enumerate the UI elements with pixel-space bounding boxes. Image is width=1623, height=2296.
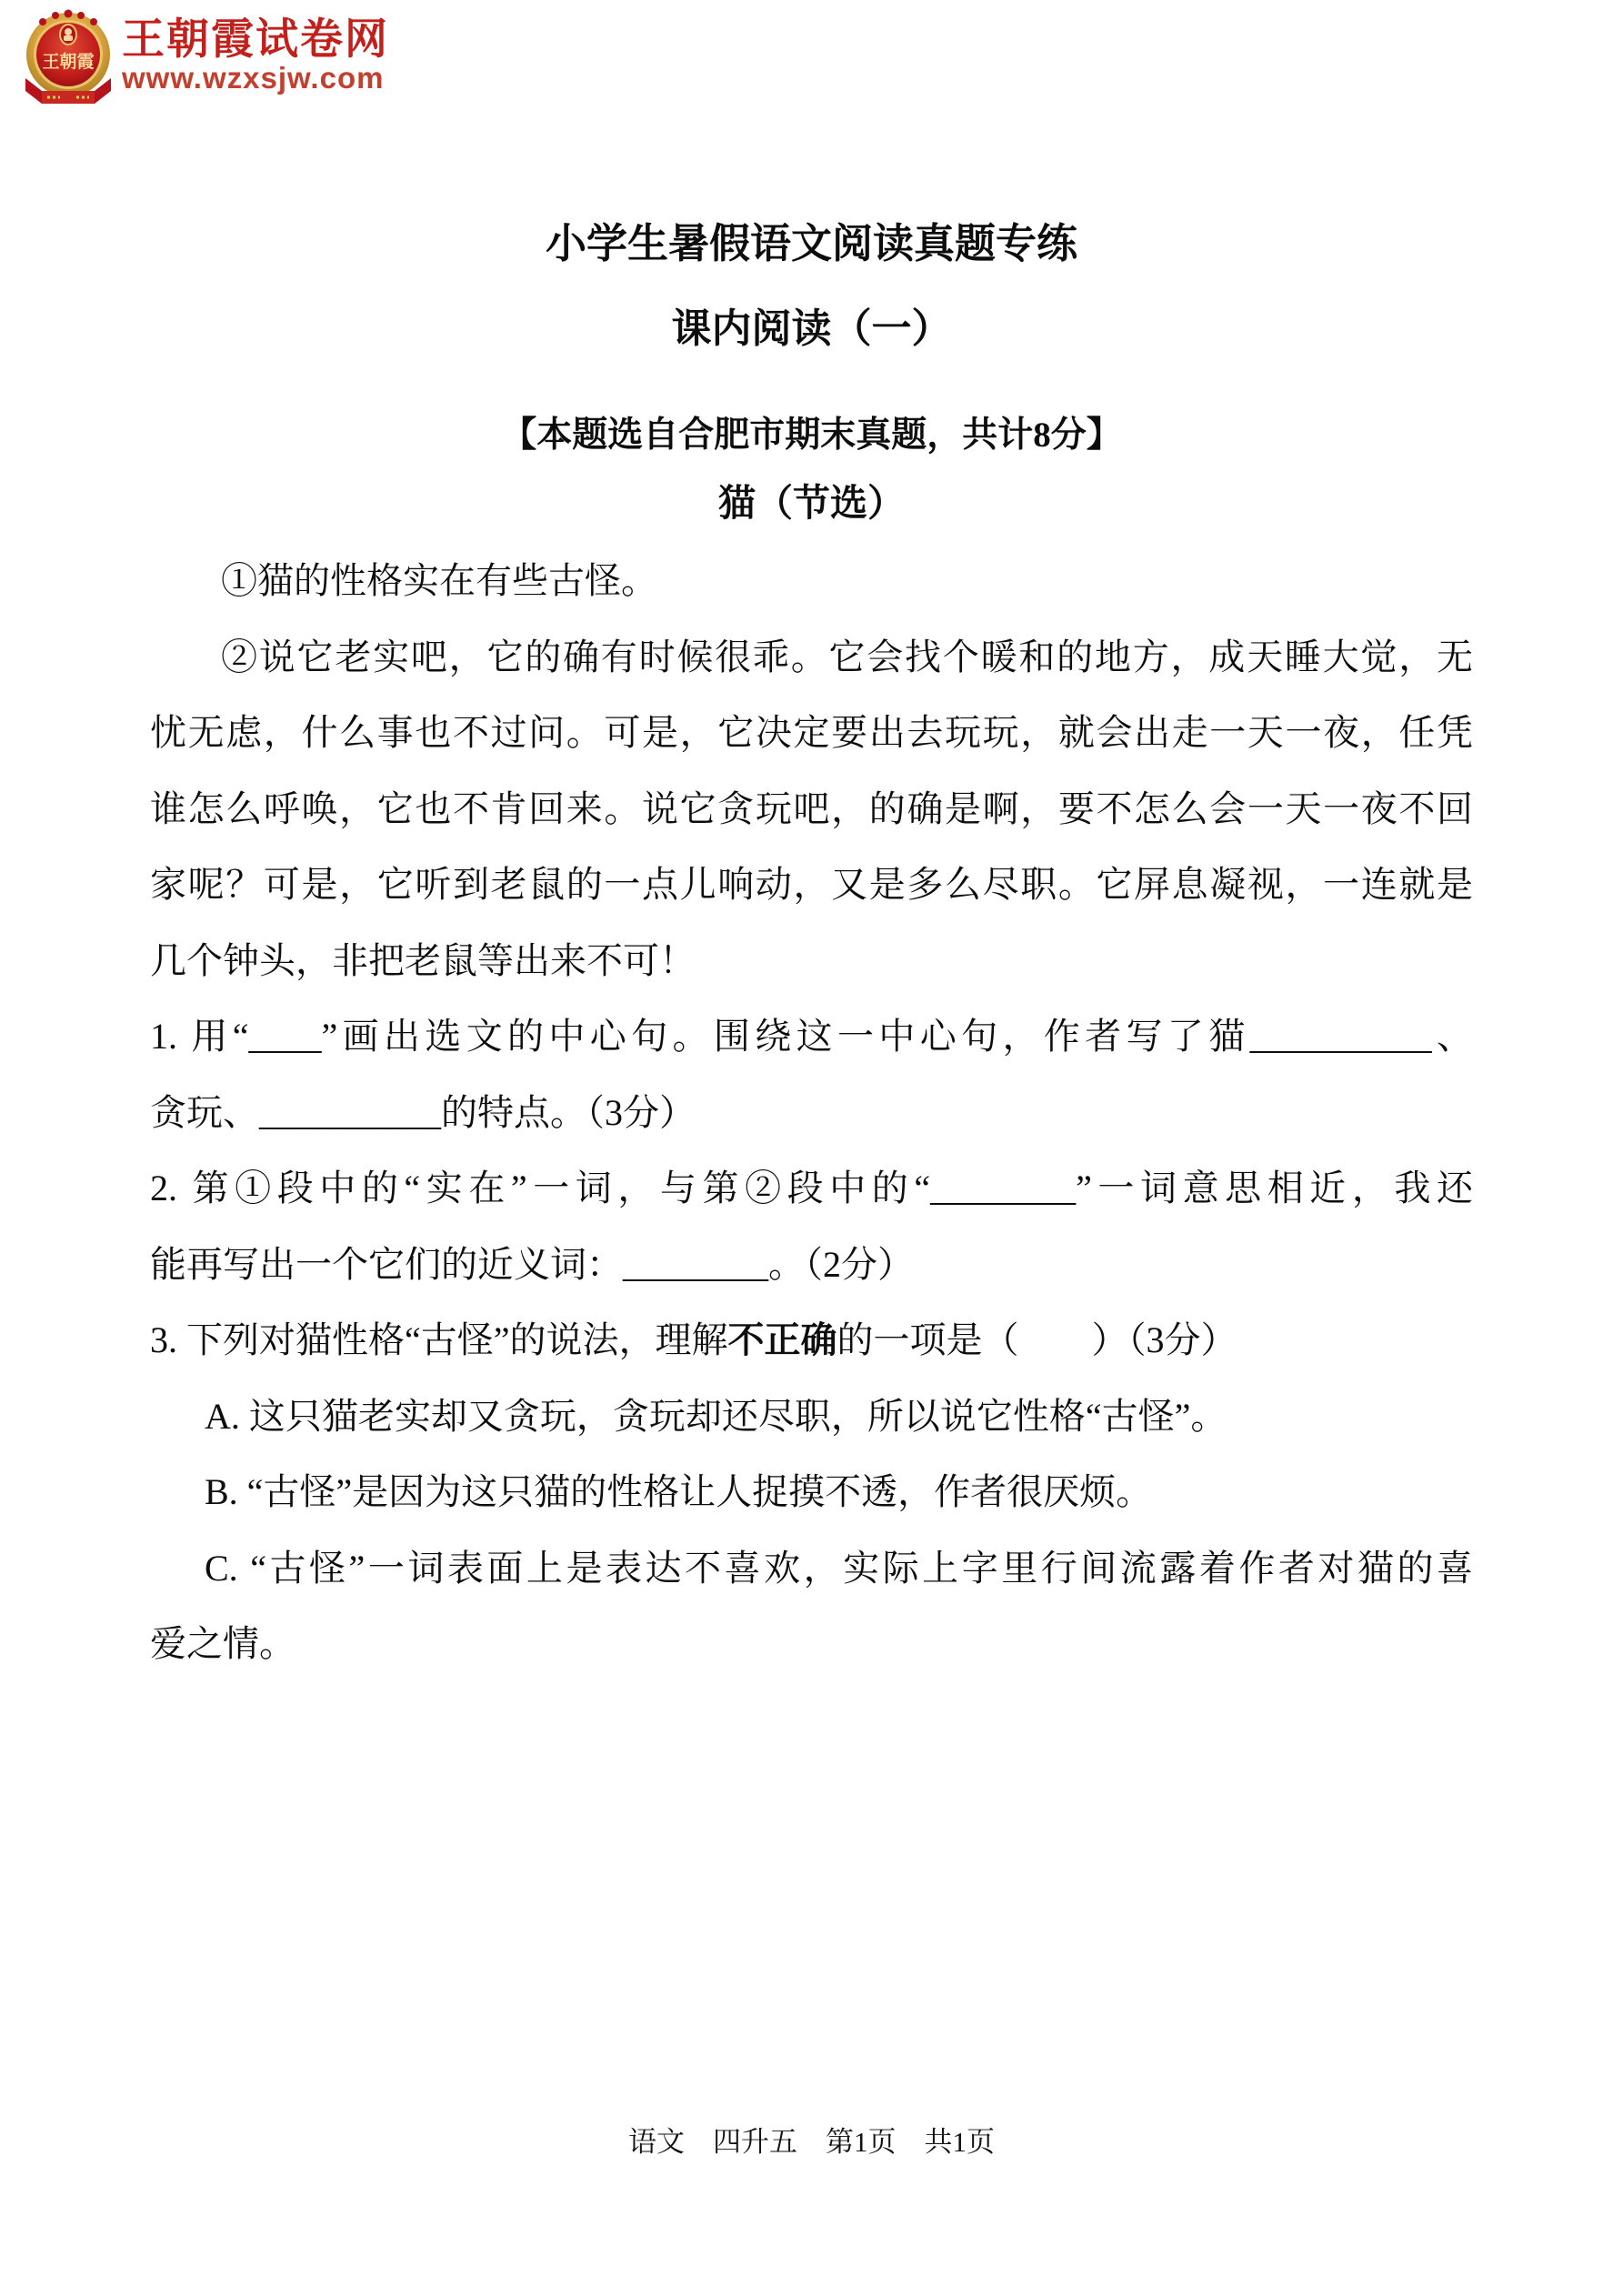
- passage-line-2: ②说它老实吧，它的确有时候很乖。它会找个暖和的地方，成天睡大觉，无: [150, 619, 1473, 696]
- passage-and-questions: ①猫的性格实在有些古怪。 ②说它老实吧，它的确有时候很乖。它会找个暖和的地方，成…: [150, 543, 1473, 1682]
- brand-text-block: 王朝霞试卷网 www.wzxsjw.com: [122, 7, 389, 95]
- passage-title: 猫（节选）: [150, 481, 1473, 525]
- site-header: 王朝霞 王朝霞试卷网 www.wzxsjw.com: [22, 7, 389, 109]
- source-note: 【本题选自合肥市期末真题，共计8分】: [150, 414, 1473, 457]
- passage-line-3: 忧无虑，什么事也不过问。可是，它决定要出去玩玩，就会出走一天一夜，任凭: [150, 695, 1473, 771]
- site-name: 王朝霞试卷网: [122, 16, 389, 62]
- badge-name-text: 王朝霞: [42, 51, 94, 72]
- site-url: www.wzxsjw.com: [122, 62, 389, 95]
- brand-medallion-icon: 王朝霞: [22, 7, 115, 109]
- question-2-line-1: 2. 第①段中的“实在”一词，与第②段中的“________”一词意思相近，我还: [150, 1150, 1473, 1227]
- option-b: B. “古怪”是因为这只猫的性格让人捉摸不透，作者很厌烦。: [150, 1454, 1473, 1530]
- exam-document: 小学生暑假语文阅读真题专练 课内阅读（一） 【本题选自合肥市期末真题，共计8分】…: [150, 0, 1473, 1682]
- option-c-line-2: 爱之情。: [150, 1606, 1473, 1682]
- question-3-text: 3. 下列对猫性格“古怪”的说法，理解: [150, 1319, 728, 1360]
- question-1-line-2: 贪玩、__________的特点。（3分）: [150, 1075, 1473, 1151]
- option-a: A. 这只猫老实却又贪玩，贪玩却还尽职，所以说它性格“古怪”。: [150, 1379, 1473, 1455]
- question-1-line-1: 1. 用“____”画出选文的中心句。围绕这一中心句，作者写了猫________…: [150, 998, 1473, 1075]
- option-c-line-1: C. “古怪”一词表面上是表达不喜欢，实际上字里行间流露着作者对猫的喜: [150, 1530, 1473, 1607]
- passage-line-1: ①猫的性格实在有些古怪。: [150, 543, 1473, 619]
- exam-page: 王朝霞 王朝霞试卷网 www.wzxsjw.com 小学生暑假语文阅读真题专练 …: [0, 0, 1623, 2296]
- question-3-suffix: 的一项是（ ）（3分）: [837, 1319, 1237, 1360]
- passage-line-5: 家呢？可是，它听到老鼠的一点儿响动，又是多么尽职。它屏息凝视，一连就是: [150, 847, 1473, 923]
- doc-subtitle: 课内阅读（一）: [150, 305, 1473, 354]
- page-footer: 语文 四升五 第1页 共1页: [0, 2124, 1623, 2161]
- passage-line-6: 几个钟头，非把老鼠等出来不可！: [150, 923, 1473, 999]
- question-3: 3. 下列对猫性格“古怪”的说法，理解不正确的一项是（ ）（3分）: [150, 1302, 1473, 1379]
- question-2-line-2: 能再写出一个它们的近义词：________。（2分）: [150, 1227, 1473, 1303]
- passage-line-4: 谁怎么呼唤，它也不肯回来。说它贪玩吧，的确是啊，要不怎么会一天一夜不回: [150, 771, 1473, 847]
- question-3-bold-term: 不正确: [728, 1319, 837, 1360]
